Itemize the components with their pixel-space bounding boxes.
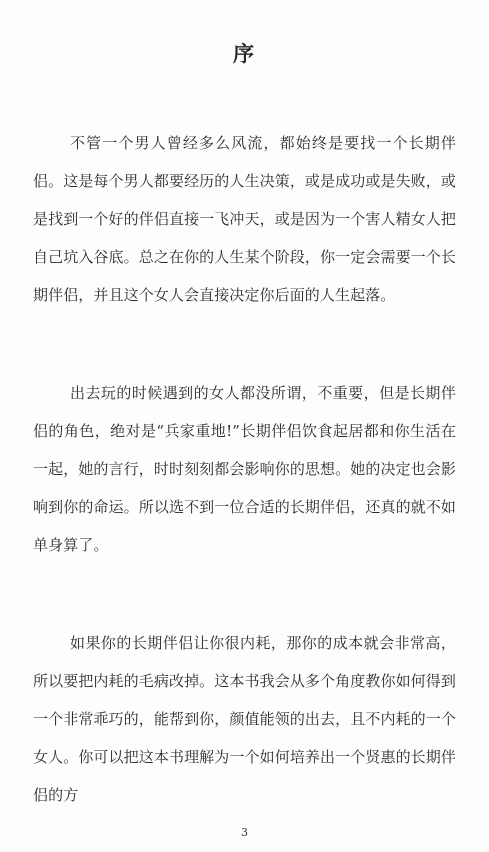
paragraph-1: 不管一个男人曾经多么风流，都始终是要找一个长期伴侣。这是每个男人都要经历的人生决… [33, 124, 456, 314]
paragraph-2: 出去玩的时候遇到的女人都没所谓，不重要，但是长期伴侣的角色，绝对是“兵家重地!”… [33, 374, 456, 564]
document-body: 不管一个男人曾经多么风流，都始终是要找一个长期伴侣。这是每个男人都要经历的人生决… [33, 124, 456, 814]
paragraph-3: 如果你的长期伴侣让你很内耗，那你的成本就会非常高，所以要把内耗的毛病改掉。这本书… [33, 624, 456, 814]
document-page: 序 不管一个男人曾经多么风流，都始终是要找一个长期伴侣。这是每个男人都要经历的人… [0, 0, 489, 852]
page-title: 序 [0, 38, 489, 68]
page-number: 3 [0, 826, 489, 839]
